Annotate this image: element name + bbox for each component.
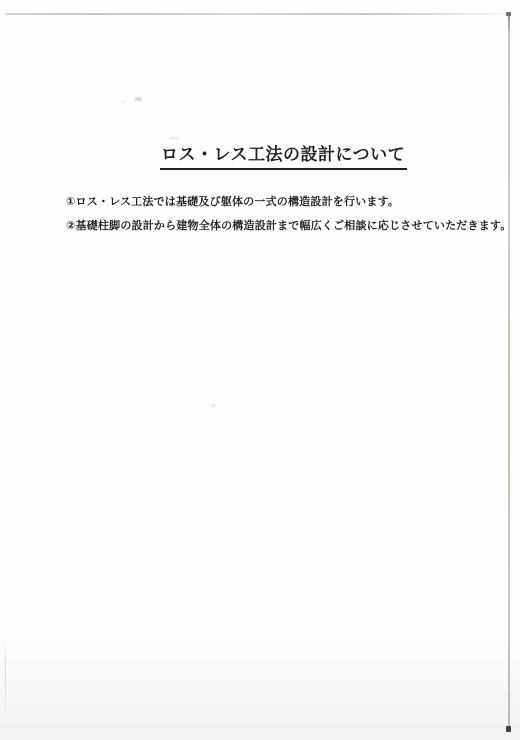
scan-smudge: [135, 97, 142, 101]
paragraph-1: ①ロス・レス工法では基礎及び躯体の一式の構造設計を行います。: [66, 190, 510, 214]
scanned-document-page: ロス・レス工法の設計について ①ロス・レス工法では基礎及び躯体の一式の構造設計を…: [0, 0, 520, 740]
scan-bottom-shadow: [0, 630, 520, 740]
page-edge-top-line: [5, 13, 512, 15]
page-corner-mark-bottom-right: [506, 726, 511, 732]
document-body: ①ロス・レス工法では基礎及び躯体の一式の構造設計を行います。 ②基礎柱脚の設計か…: [66, 190, 510, 238]
page-edge-left-faint-line: [5, 640, 6, 710]
document-title: ロス・レス工法の設計について: [160, 140, 407, 170]
scan-smudge: [170, 137, 179, 139]
page-edge-right-line: [508, 14, 510, 730]
scan-smudge: [122, 101, 125, 103]
scan-smudge: [211, 404, 215, 407]
page-corner-mark-top-right: [506, 12, 511, 16]
paragraph-2: ②基礎柱脚の設計から建物全体の構造設計まで幅広くご相談に応じさせていただきます。: [66, 214, 510, 238]
